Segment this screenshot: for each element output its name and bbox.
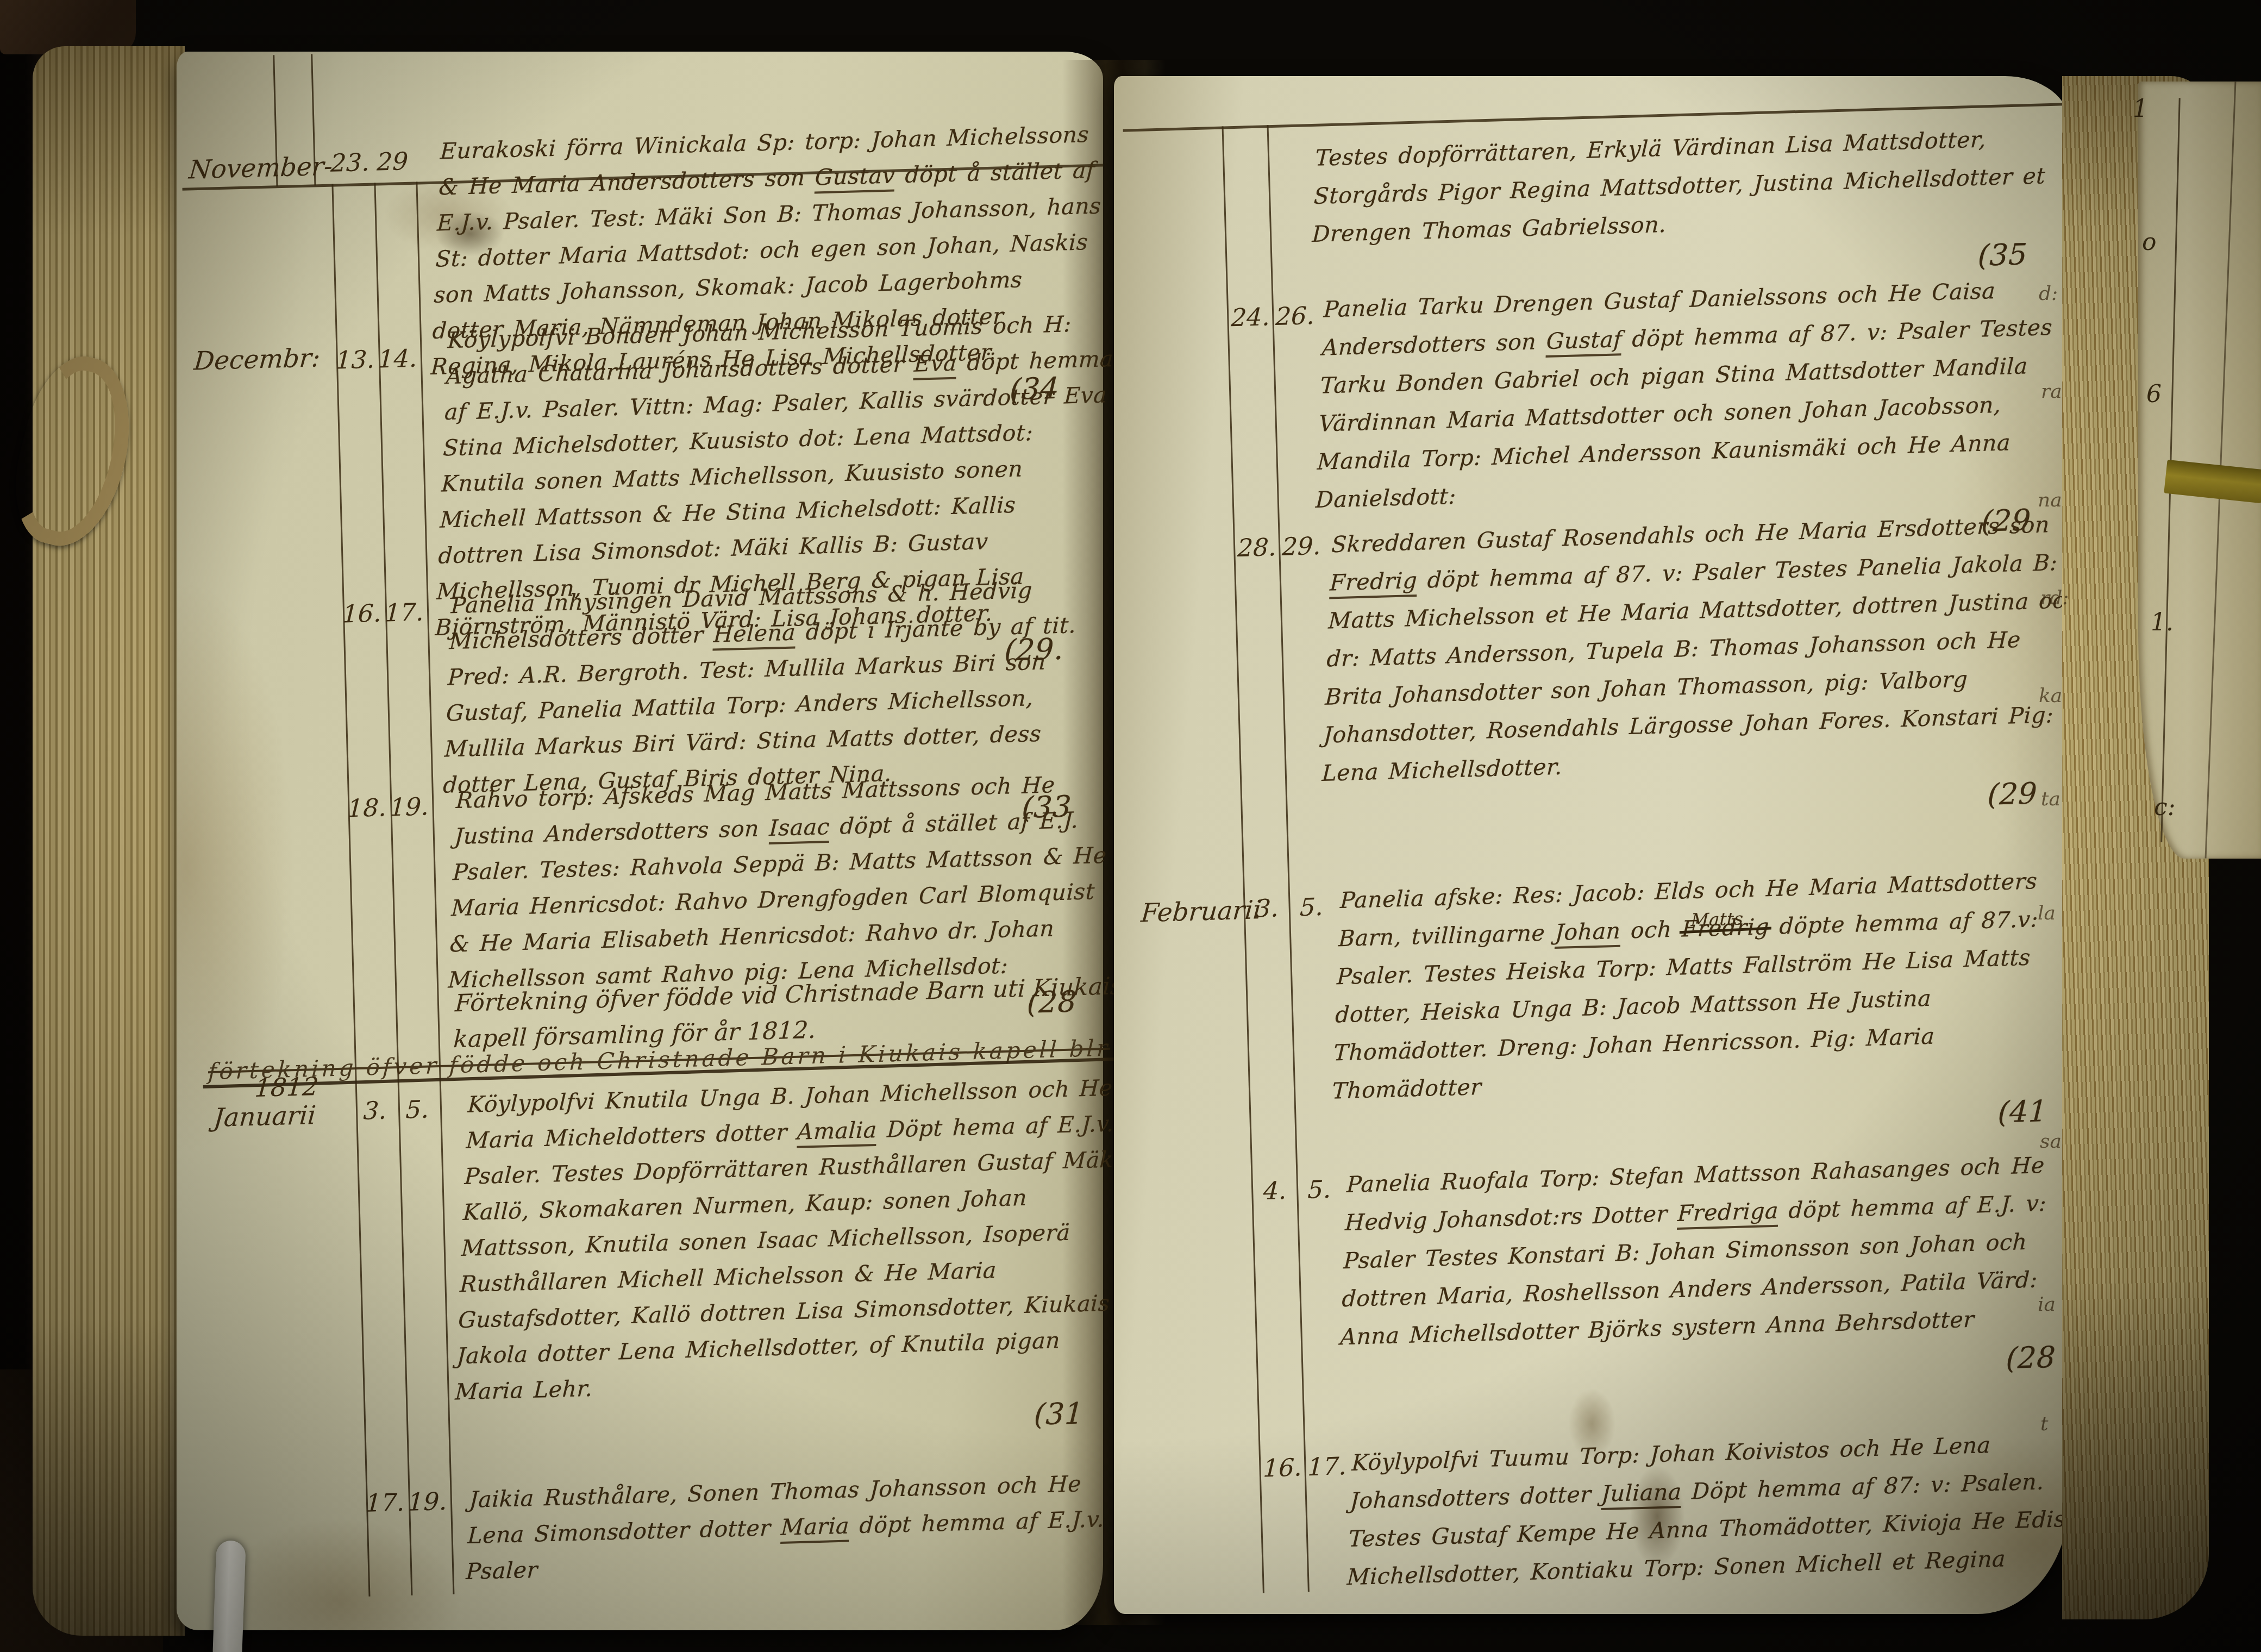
born-column-rule [1222, 127, 1264, 1593]
child-name: Amalia [797, 1117, 878, 1148]
entry-month-label: Decembr: [193, 343, 322, 376]
entry-date-born: 4. [1263, 1176, 1287, 1205]
baptized-column-rule [1267, 125, 1309, 1592]
white-stick [212, 1540, 246, 1652]
left-page: Förtekning öfver födde vid Christnade Ba… [177, 52, 1103, 1630]
entry-date-baptized: 5. [405, 1095, 429, 1124]
entry-text-segment: Testes dopförrättaren, Erkylä Värdinan L… [1312, 126, 2046, 247]
entry-year: 1812 [254, 1072, 320, 1103]
entry-text-segment: Döpt hema af E.J.v. Psaler. Testes Dopfö… [455, 1111, 1122, 1405]
cutoff-text-fragment: ia [2038, 1293, 2056, 1316]
entry-text: Köylypolfvi Knutila Unga B. Johan Michel… [453, 1069, 1137, 1448]
fore-edge-digit: 1. [2151, 609, 2174, 636]
child-name: Fredrig [1329, 567, 1418, 599]
left-entries-layer: November-23.29Eurakoski förra Winickala … [176, 28, 1102, 52]
book-photo: Förtekning öfver födde vid Christnade Ba… [0, 0, 2261, 1652]
child-name: Fredriga [1677, 1198, 1779, 1230]
entry-date-baptized: 29 [377, 147, 409, 177]
child-name: Gustav [815, 162, 896, 193]
entry-text: Testes dopförrättaren, Erkylä Värdinan L… [1310, 118, 2071, 293]
entry-month-label: November- [187, 152, 334, 185]
child-name: Isaac [768, 814, 830, 844]
entry-text: Köylypolfvi Tuumu Torp: Johan Koivistos … [1346, 1423, 2107, 1596]
cutoff-text-fragment: ka [2039, 685, 2062, 707]
cutoff-text-fragment: ra [2041, 380, 2062, 403]
child-name: Maria [780, 1513, 850, 1544]
left-page-content: Förtekning öfver födde vid Christnade Ba… [176, 28, 1143, 1630]
entry-date-born: 16. [342, 598, 382, 628]
page-edge-stack-left [33, 46, 185, 1636]
entry-date-baptized: 19. [408, 1487, 448, 1517]
entry-date-baptized: 17. [384, 597, 424, 627]
entry-date-baptized: 26. [1275, 301, 1315, 331]
right-entries-layer: Testes dopförrättaren, Erkylä Värdinan L… [1113, 50, 2069, 77]
entry-reference-number: (31 [453, 1394, 1122, 1448]
entry-month-label: Februarii [1140, 895, 1262, 928]
fore-edge-digit: o [2142, 228, 2157, 256]
cutoff-text-fragment: sa [2040, 1130, 2062, 1153]
struck-word: FredrigMatts [1681, 913, 1770, 942]
cutoff-text-fragment: d: [2039, 283, 2058, 305]
entry-date-baptized: 5. [1299, 892, 1324, 922]
entry-date-born: 17. [365, 1488, 405, 1518]
born-column-rule [374, 183, 412, 1595]
child-name: Helena [713, 619, 797, 651]
entry-text: Skreddaren Gustaf Rosendahls och He Mari… [1319, 504, 2087, 833]
entry-text: Panelia afske: Res: Jacob: Elds och He M… [1330, 860, 2096, 1150]
entry-date-born: 3. [1255, 893, 1279, 923]
entry-date-born: 28. [1237, 533, 1277, 562]
right-page-content: Testes dopförrättaren, Erkylä Värdinan L… [1113, 50, 2112, 1614]
child-name: Gustaf [1546, 326, 1623, 358]
right-page: Testes dopförrättaren, Erkylä Värdinan L… [1114, 76, 2070, 1614]
entry-date-born: 24. [1230, 302, 1270, 332]
cutoff-text-fragment: ta [2041, 788, 2060, 810]
cutoff-text-fragment: la [2038, 902, 2056, 924]
entry-date-baptized: 5. [1307, 1175, 1332, 1204]
entry-date-baptized: 17. [1307, 1451, 1348, 1481]
cutoff-text-fragment: rd: [2040, 587, 2069, 609]
month-column-rule [331, 184, 370, 1597]
fore-edge-digit: 6 [2146, 380, 2162, 408]
entry-date-baptized: 14. [378, 344, 418, 374]
entry-date-born: 3. [362, 1096, 387, 1125]
entry-date-born: 16. [1263, 1453, 1303, 1482]
child-name: Juliana [1601, 1479, 1682, 1510]
child-name: Johan [1555, 918, 1621, 949]
fore-edge-digit: c: [2154, 793, 2175, 821]
entry-date-baptized: 29. [1281, 531, 1321, 561]
entry-date-born: 18. [347, 793, 387, 823]
cutoff-text-fragment: na [2038, 489, 2062, 511]
entry-text-segment: döpt hemma af 87. v: Psaler Testes Panel… [1321, 549, 2081, 786]
child-name: Eva [913, 350, 957, 380]
entry-date-born: 13. [335, 345, 375, 375]
entry-date-baptized: 19. [390, 792, 430, 822]
inserted-word: Matts [1690, 899, 1744, 939]
entry-date-born: 23. [330, 148, 370, 178]
entry-month-label: Januarii [212, 1100, 317, 1133]
entry-text: Panelia Ruofala Torp: Stefan Mattsson Ra… [1338, 1144, 2102, 1396]
cutoff-text-fragment: t [2040, 1413, 2048, 1435]
entry-text-segment: och [1620, 916, 1683, 943]
entry-text: Jaikia Rusthålare, Sonen Thomas Johansso… [465, 1465, 1138, 1590]
fore-edge-digit: 1 [2133, 95, 2148, 123]
entry-text: Rahvo torp: Afskeds Mag Matts Mattssons … [446, 765, 1125, 1036]
